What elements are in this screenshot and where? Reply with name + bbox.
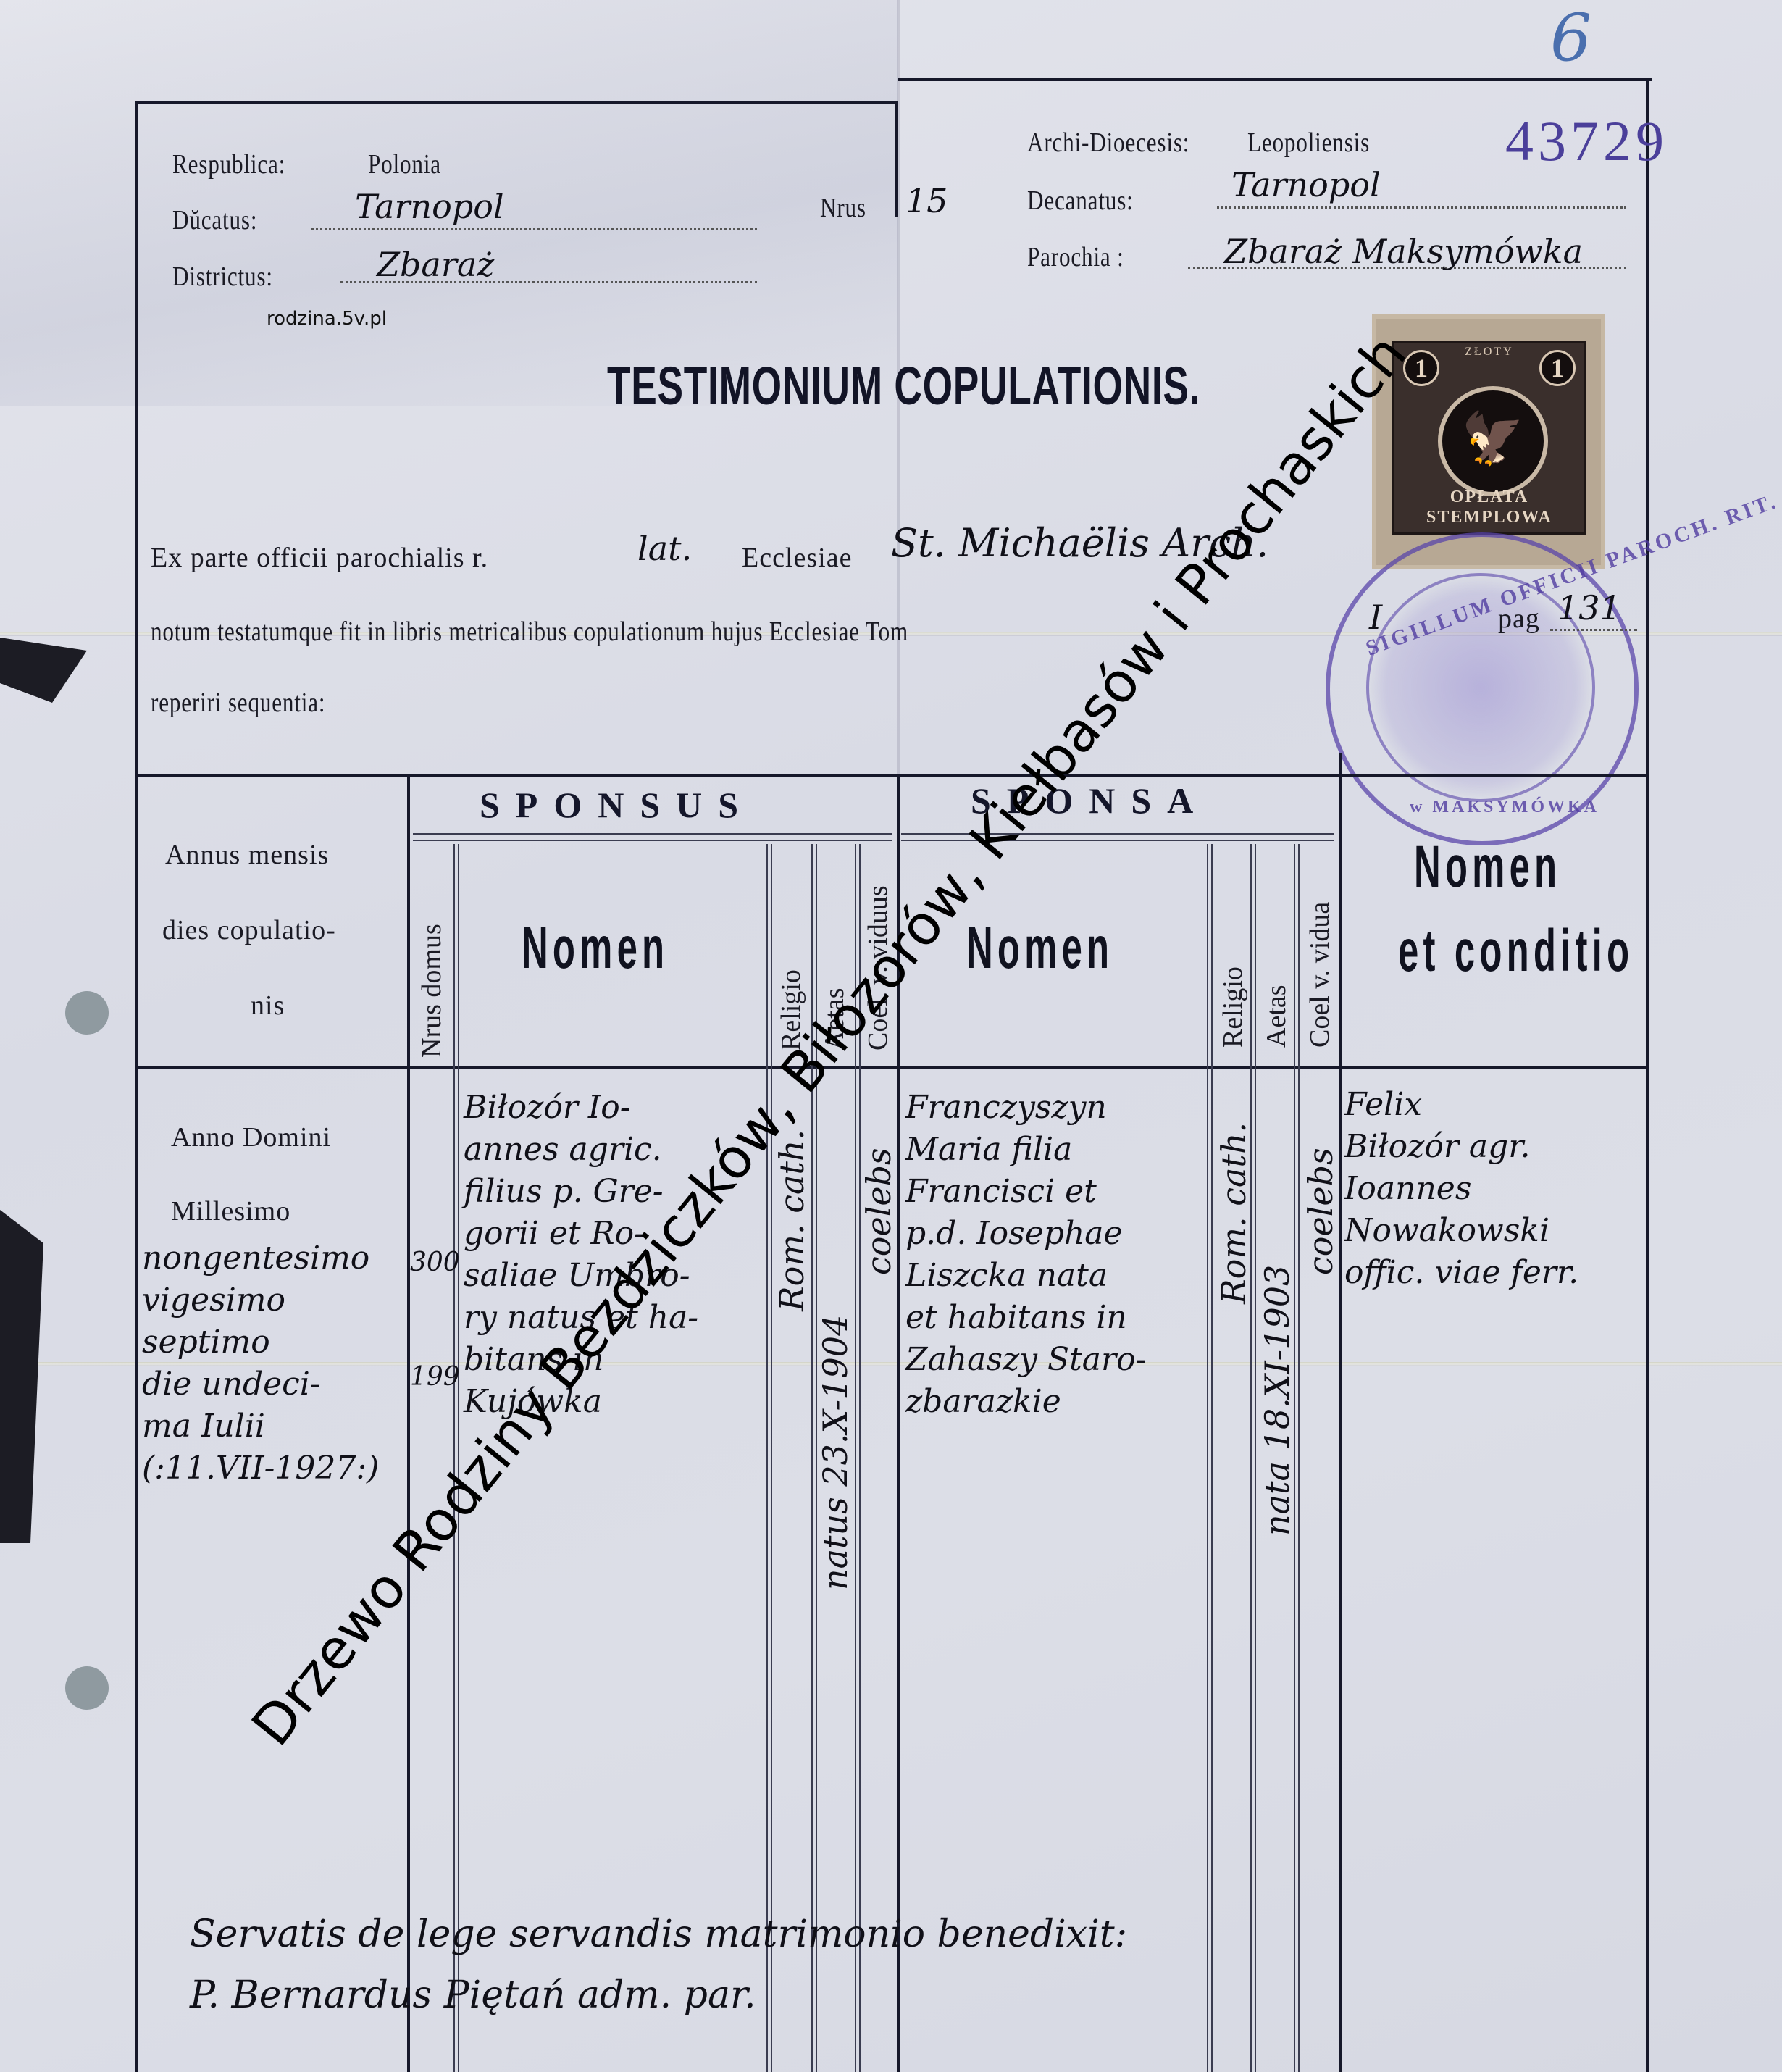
pag-underline <box>1550 629 1637 631</box>
sponsus-religio: Rom. cath. <box>772 1129 811 1311</box>
sponsa-religio-header: Religio <box>1217 966 1249 1048</box>
double-rule <box>413 833 892 841</box>
date-line: septimo <box>142 1321 379 1363</box>
respublica-label: Respublica: <box>172 149 285 180</box>
house-number: 199 <box>410 1362 460 1392</box>
ducatus-value: Tarnopol <box>355 187 504 226</box>
sponsa-line: Francisci et <box>905 1171 1146 1213</box>
archidioecesis-value: Leopoliensis <box>1247 127 1370 159</box>
districtus-label: Districtus: <box>172 261 273 293</box>
sponsa-line: Zahaszy Staro- <box>905 1339 1146 1381</box>
statement-line3: reperiri sequentia: <box>151 687 325 719</box>
sponsa-status-header: Coel v. vidua <box>1304 902 1336 1048</box>
decanatus-label: Decanatus: <box>1027 185 1134 217</box>
pag-label: pag <box>1498 603 1540 635</box>
sponsus-status: coelebs <box>859 1148 898 1275</box>
date-column-header: dies copulatio- <box>162 914 336 946</box>
house-number: 300 <box>410 1248 460 1277</box>
date-column-header: nis <box>251 990 285 1022</box>
decanatus-value: Tarnopol <box>1231 165 1381 204</box>
decanatus-underline <box>1217 206 1626 209</box>
seal-text: w MAKSYMÓWKA <box>1410 798 1599 817</box>
sponsa-aetas-header: Aetas <box>1260 985 1292 1048</box>
sponsa-name-cell: Franczyszyn Maria filia Francisci et p.d… <box>905 1087 1146 1423</box>
parochia-label: Parochia : <box>1027 241 1124 273</box>
footer-benediction: Servatis de lege servandis matrimonio be… <box>190 1913 1127 1956</box>
footer-priest-signature: P. Bernardus Piętań adm. par. <box>190 1973 756 2017</box>
sponsa-religio: Rom. cath. <box>1214 1122 1253 1304</box>
stamp-value: 1 <box>1539 350 1576 386</box>
sponsa-line: Maria filia <box>905 1129 1146 1171</box>
frame-line <box>1646 78 1649 2072</box>
witness-line: Nowakowski <box>1344 1210 1578 1252</box>
date-column-header: Annus mensis <box>165 839 329 871</box>
nrus-domus-header: Nrus domus <box>416 924 448 1058</box>
punch-hole <box>65 991 109 1035</box>
column-line <box>1207 844 1208 2072</box>
stamp-text: OPŁATA <box>1394 488 1584 507</box>
nrus-value: 15 <box>905 181 948 220</box>
register-number-stamp: 43729 <box>1505 109 1668 174</box>
witness-line: Ioannes <box>1344 1168 1578 1210</box>
sponsa-aetas: nata 18.XI-1903 <box>1258 1265 1297 1536</box>
sponsa-line: Franczyszyn <box>905 1087 1146 1129</box>
stamp-text: STEMPLOWA <box>1394 508 1584 527</box>
sponsa-nomen-header: Nomen <box>966 914 1113 982</box>
date-line: ma Iulii <box>142 1405 379 1448</box>
document-paper: 6 Respublica: Polonia Dŭcatus: Tarnopol … <box>0 0 1782 2072</box>
ecclesiae-label: Ecclesiae <box>742 542 852 574</box>
sponsus-line: Biłozór Io- <box>464 1087 698 1129</box>
witness-line: offic. viae ferr. <box>1344 1252 1578 1294</box>
date-line: vigesimo <box>142 1279 379 1321</box>
ducatus-underline <box>311 228 757 230</box>
column-line <box>1250 844 1252 2072</box>
frame-line <box>136 101 897 104</box>
statement-line2: notum testatumque fit in libris metrical… <box>151 616 908 648</box>
column-line <box>1211 844 1213 2072</box>
date-line: (:11.VII-1927:) <box>142 1448 379 1490</box>
date-printed: Millesimo <box>171 1195 290 1227</box>
date-line: nongentesimo <box>142 1237 379 1279</box>
sponsus-aetas: natus 23.X-1904 <box>816 1315 855 1590</box>
eagle-icon: 🦅 <box>1442 409 1544 469</box>
site-watermark: rodzina.5v.pl <box>267 308 387 330</box>
torn-edge <box>0 1210 43 1543</box>
document-title: TESTIMONIUM COPULATIONIS. <box>607 355 1200 417</box>
frame-line <box>898 78 1652 81</box>
archidioecesis-label: Archi-Dioecesis: <box>1027 127 1189 159</box>
parish-seal: SIGILLUM OFFICII PAROCH. RIT. LAT. w MAK… <box>1326 532 1639 845</box>
column-line <box>766 844 768 2072</box>
table-header-bottom-line <box>135 1066 1649 1069</box>
sponsus-nomen-header: Nomen <box>522 914 669 982</box>
tom-value: I <box>1369 598 1382 637</box>
date-line: die undeci- <box>142 1363 379 1405</box>
date-printed: Anno Domini <box>171 1121 331 1153</box>
column-line <box>1255 844 1256 2072</box>
date-handwritten: nongentesimo vigesimo septimo die undeci… <box>142 1237 379 1490</box>
sponsa-line: p.d. Iosephae <box>905 1213 1146 1255</box>
sponsa-line: et habitans in <box>905 1297 1146 1339</box>
parochia-value: Zbaraż Maksymówka <box>1224 232 1583 271</box>
witness-line: Biłozór agr. <box>1344 1126 1578 1168</box>
column-line <box>1298 844 1300 2072</box>
respublica-value: Polonia <box>368 149 441 180</box>
frame-line <box>135 101 138 2072</box>
sponsus-header: SPONSUS <box>480 784 754 826</box>
frame-line <box>895 101 898 217</box>
sponsa-status: coelebs <box>1301 1148 1340 1275</box>
witness-cell: Felix Biłozór agr. Ioannes Nowakowski of… <box>1344 1084 1578 1294</box>
nrus-label: Nrus <box>820 192 866 224</box>
witness-line: Felix <box>1344 1084 1578 1126</box>
torn-edge <box>0 638 87 703</box>
ducatus-label: Dŭcatus: <box>172 204 257 236</box>
districtus-value: Zbaraż <box>377 245 494 284</box>
table-top-line <box>135 774 1649 777</box>
rite-value: lat. <box>637 529 692 568</box>
column-line <box>771 844 772 2072</box>
punch-hole <box>65 1666 109 1710</box>
statement-line1: Ex parte officii parochialis r. <box>151 542 488 574</box>
witness-header: Nomen <box>1414 833 1561 901</box>
pag-value: 131 <box>1557 588 1621 627</box>
sponsus-line: annes agric. <box>464 1129 698 1171</box>
column-line <box>1339 753 1342 2072</box>
column-line <box>407 774 410 2072</box>
sponsa-line: zbarazkie <box>905 1381 1146 1423</box>
sponsa-line: Liszcka nata <box>905 1255 1146 1297</box>
eagle-emblem: 🦅 <box>1438 386 1548 496</box>
pencil-mark: 6 <box>1550 0 1591 76</box>
witness-header: et conditio <box>1398 917 1633 985</box>
